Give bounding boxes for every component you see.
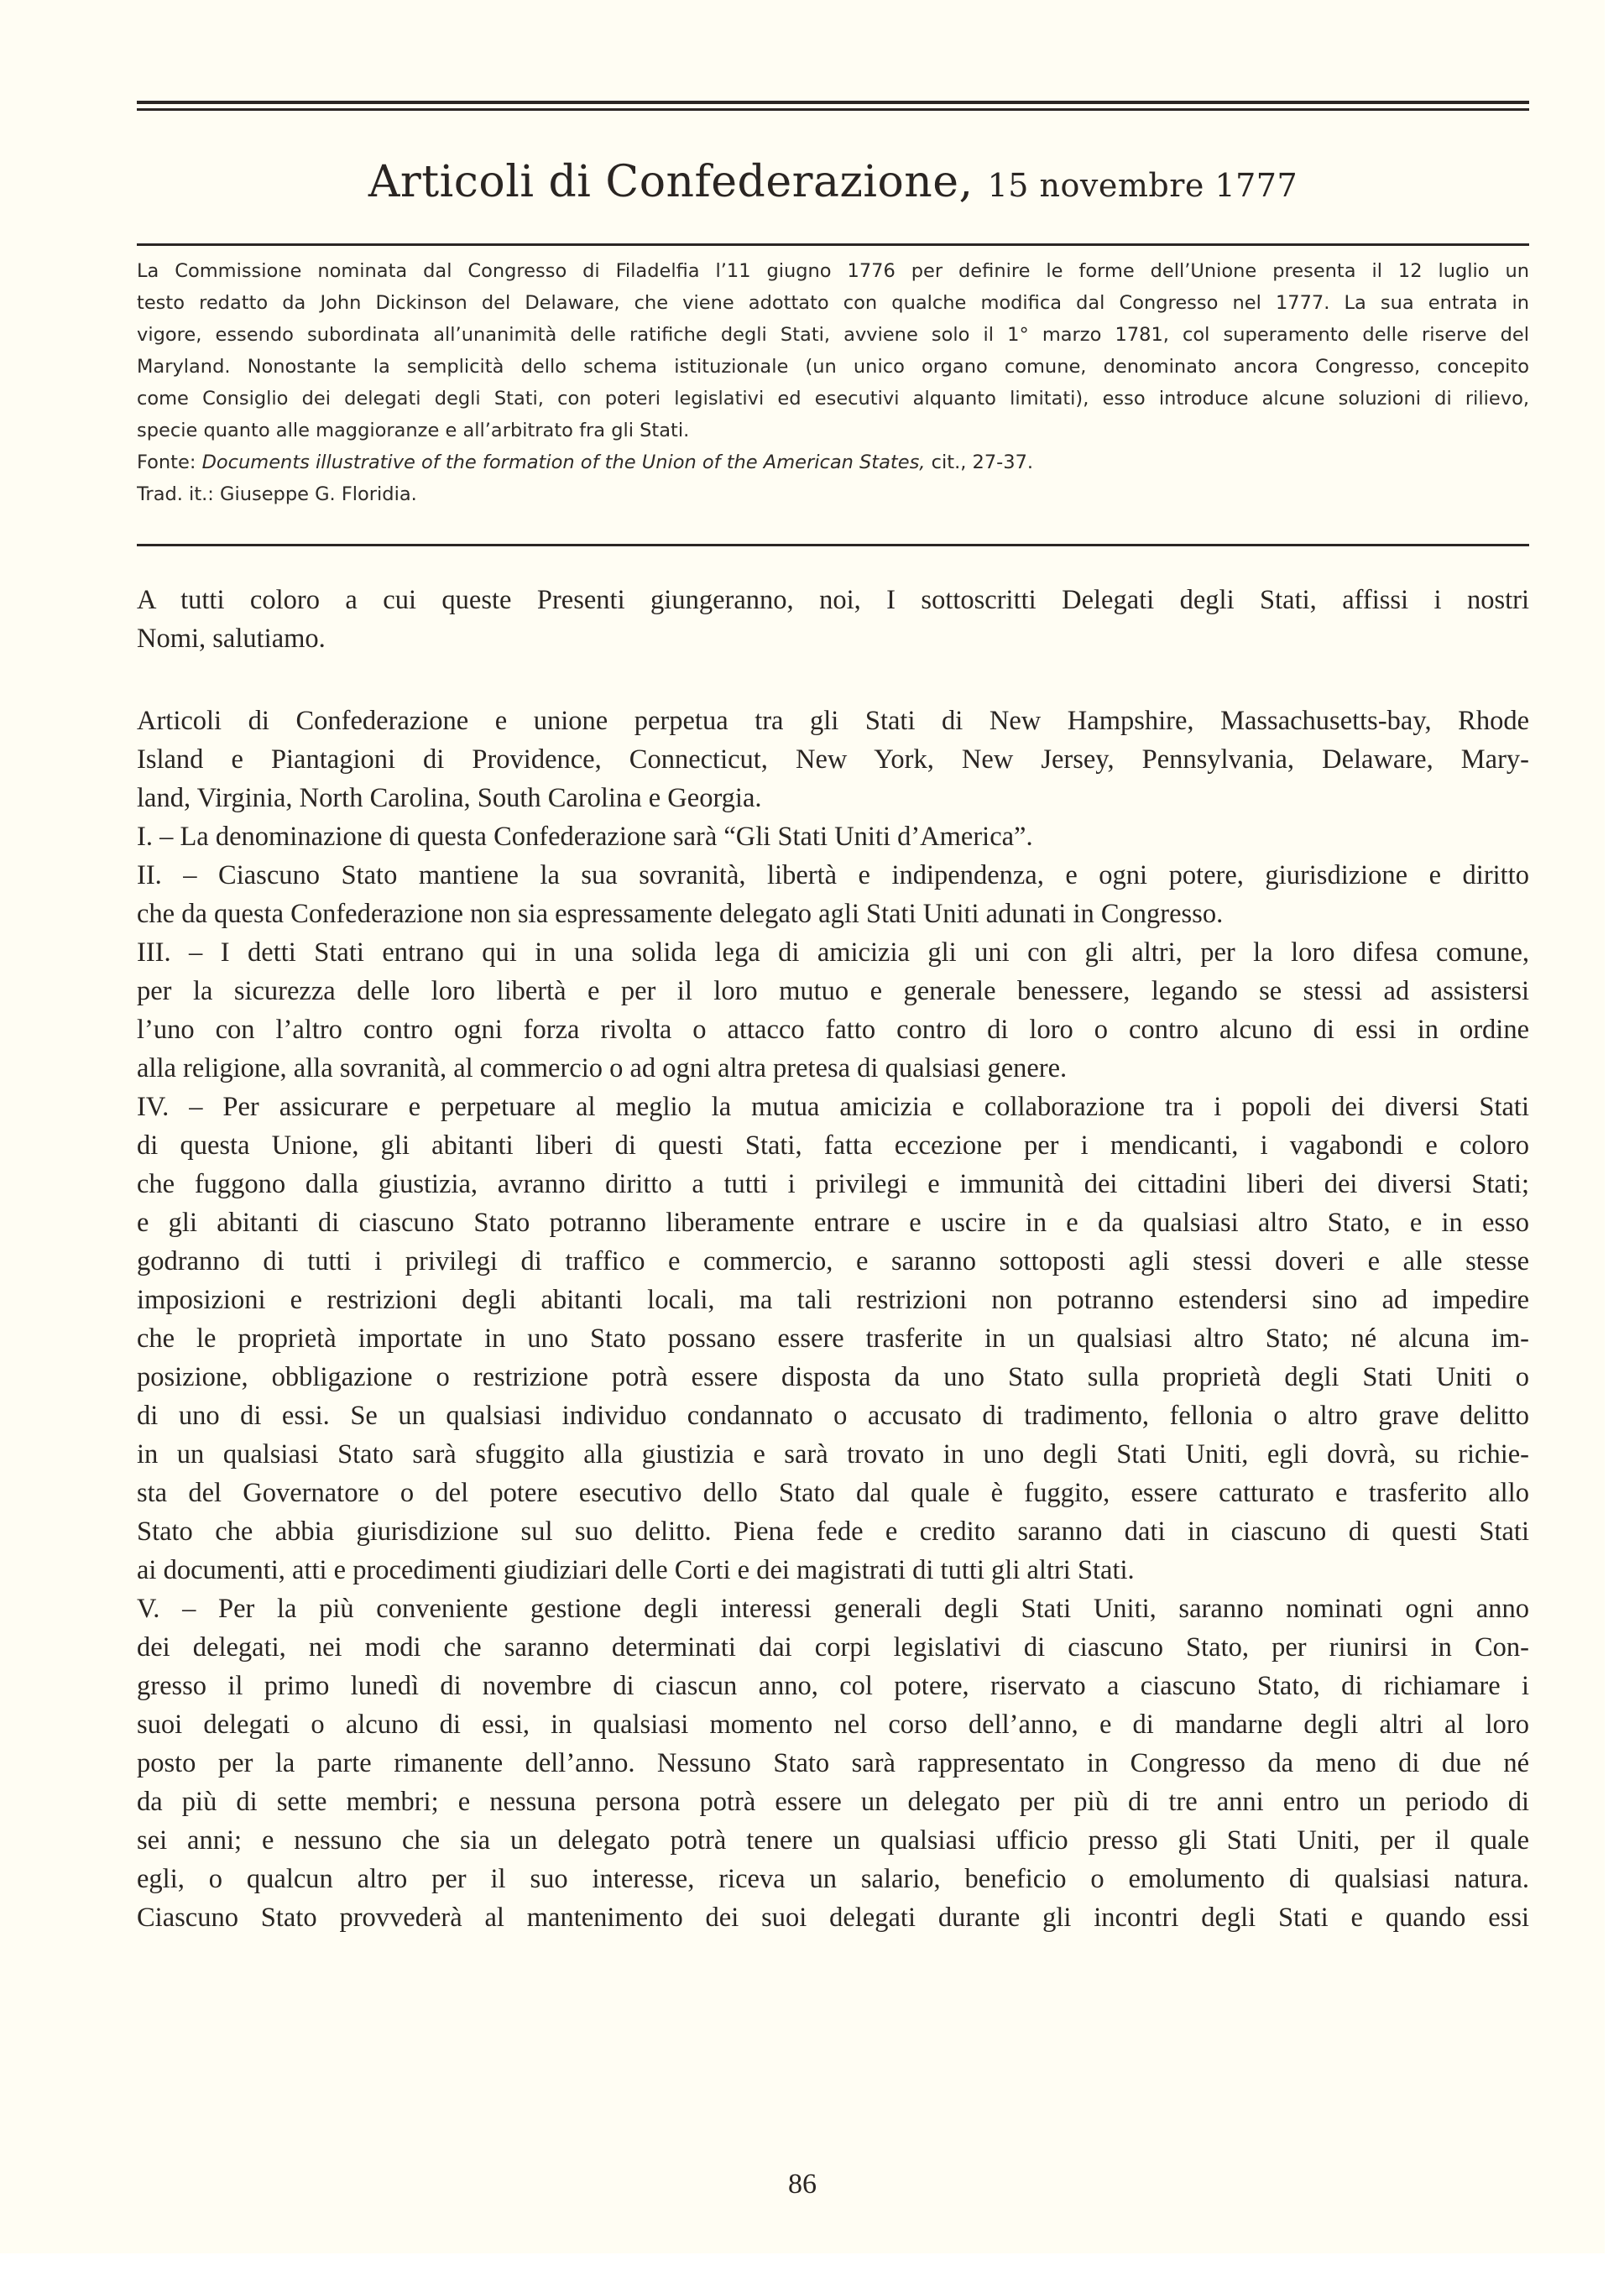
body-line: egli, o qualcun altro per il suo interes… bbox=[137, 1860, 1529, 1898]
body-line: suoi delegati o alcuno di essi, in quals… bbox=[137, 1705, 1529, 1744]
body-line: e gli abitanti di ciascuno Stato potrann… bbox=[137, 1203, 1529, 1242]
body-line: sta del Governatore o del potere esecuti… bbox=[137, 1474, 1529, 1512]
body-line: di questa Unione, gli abitanti liberi di… bbox=[137, 1126, 1529, 1165]
body-line: dei delegati, nei modi che saranno deter… bbox=[137, 1628, 1529, 1667]
body-line: che le proprietà importate in uno Stato … bbox=[137, 1319, 1529, 1358]
body-line: godranno di tutti i privilegi di traffic… bbox=[137, 1242, 1529, 1281]
page-number: 86 bbox=[0, 2169, 1605, 2200]
page-title: Articoli di Confederazione, 15 novembre … bbox=[137, 153, 1529, 215]
body-line: in un qualsiasi Stato sarà sfuggito alla… bbox=[137, 1435, 1529, 1474]
editorial-introduction: La Commissione nominata dal Congresso di… bbox=[137, 255, 1529, 510]
article-i: I. – La denominazione di questa Confeder… bbox=[137, 817, 1529, 856]
body-line: Articoli di Confederazione e unione perp… bbox=[137, 702, 1529, 740]
intro-bottom-rule bbox=[137, 544, 1529, 546]
article-iii: III. – I detti Stati entrano qui in una … bbox=[137, 933, 1529, 972]
body-line: imposizioni e restrizioni degli abitanti… bbox=[137, 1281, 1529, 1319]
articles-text: Articoli di Confederazione e unione perp… bbox=[137, 702, 1529, 1937]
body-line: ai documenti, atti e procedimenti giudiz… bbox=[137, 1551, 1529, 1590]
intro-line: La Commissione nominata dal Congresso di… bbox=[137, 255, 1529, 287]
body-line: da più di sette membri; e nessuna person… bbox=[137, 1783, 1529, 1821]
title-date: 15 novembre 1777 bbox=[988, 167, 1298, 204]
intro-line: specie quanto alle maggioranze e all’arb… bbox=[137, 415, 1529, 446]
body-line: che da questa Confederazione non sia esp… bbox=[137, 895, 1529, 933]
preamble: A tutti coloro a cui queste Presenti giu… bbox=[137, 581, 1529, 658]
body-line: Ciascuno Stato provvederà al manteniment… bbox=[137, 1898, 1529, 1937]
body-line: posto per la parte rimanente dell’anno. … bbox=[137, 1744, 1529, 1783]
preamble-line: Nomi, salutiamo. bbox=[137, 619, 1529, 658]
source-title: Documents illustrative of the formation … bbox=[202, 452, 926, 473]
intro-line: vigore, essendo subordinata all’unanimit… bbox=[137, 319, 1529, 351]
body-line: alla religione, alla sovranità, al comme… bbox=[137, 1049, 1529, 1088]
intro-line: come Consiglio dei delegati degli Stati,… bbox=[137, 383, 1529, 415]
body-line: l’uno con l’altro contro ogni forza rivo… bbox=[137, 1010, 1529, 1049]
preamble-line: A tutti coloro a cui queste Presenti giu… bbox=[137, 581, 1529, 619]
intro-line: Maryland. Nonostante la semplicità dello… bbox=[137, 351, 1529, 383]
body-line: Island e Piantagioni di Providence, Conn… bbox=[137, 740, 1529, 779]
body-line: gresso il primo lunedì di novembre di ci… bbox=[137, 1667, 1529, 1705]
top-double-rule-lower bbox=[137, 108, 1529, 111]
source-citation: Fonte: Documents illustrative of the for… bbox=[137, 446, 1529, 478]
intro-line: testo redatto da John Dickinson del Dela… bbox=[137, 287, 1529, 319]
article-iv: IV. – Per assicurare e perpetuare al meg… bbox=[137, 1088, 1529, 1126]
body-line: land, Virginia, North Carolina, South Ca… bbox=[137, 779, 1529, 817]
title-bottom-rule bbox=[137, 243, 1529, 246]
article-v: V. – Per la più conveniente gestione deg… bbox=[137, 1590, 1529, 1628]
source-label: Fonte: bbox=[137, 452, 202, 473]
translator-credit: Trad. it.: Giuseppe G. Floridia. bbox=[137, 478, 1529, 510]
article-ii: II. – Ciascuno Stato mantiene la sua sov… bbox=[137, 856, 1529, 895]
body-line: posizione, obbligazione o restrizione po… bbox=[137, 1358, 1529, 1396]
body-line: che fuggono dalla giustizia, avranno dir… bbox=[137, 1165, 1529, 1203]
top-double-rule-upper bbox=[137, 101, 1529, 104]
source-pages: cit., 27-37. bbox=[925, 452, 1033, 473]
title-main: Articoli di Confederazione, bbox=[368, 157, 988, 207]
body-line: per la sicurezza delle loro libertà e pe… bbox=[137, 972, 1529, 1010]
body-line: Stato che abbia giurisdizione sul suo de… bbox=[137, 1512, 1529, 1551]
body-line: sei anni; e nessuno che sia un delegato … bbox=[137, 1821, 1529, 1860]
body-line: di uno di essi. Se un qualsiasi individu… bbox=[137, 1396, 1529, 1435]
